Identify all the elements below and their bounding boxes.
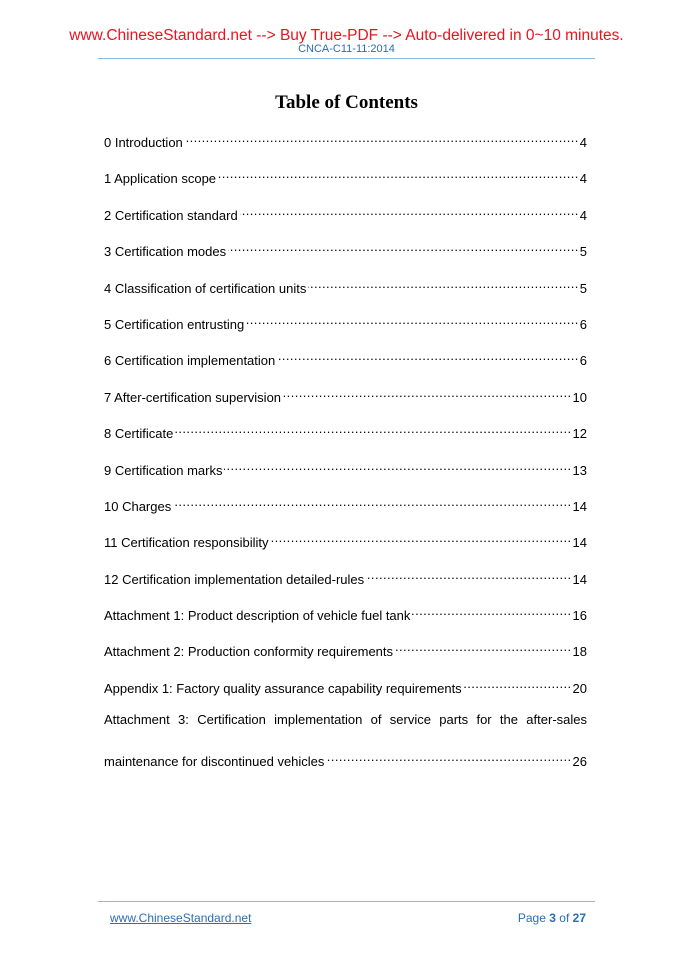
footer-website-link[interactable]: www.ChineseStandard.net: [110, 911, 251, 925]
dot-leader: [228, 238, 579, 256]
dot-leader: [326, 748, 571, 766]
dot-leader: [366, 566, 571, 584]
toc-entry-label: Attachment 2: Production conformity requ…: [104, 643, 395, 661]
dot-leader: [185, 129, 579, 147]
toc-entry-label: maintenance for discontinued vehicles: [104, 753, 326, 771]
toc-title: Table of Contents: [0, 92, 693, 114]
toc-entry[interactable]: Appendix 1: Factory quality assurance ca…: [104, 675, 587, 711]
current-page: 3: [549, 911, 556, 925]
toc-entry-label: 8 Certificate: [104, 425, 175, 443]
toc-entry-page: 16: [572, 607, 587, 625]
toc-entry-page: 20: [572, 680, 587, 698]
toc-entry[interactable]: Attachment 1: Product description of veh…: [104, 602, 587, 638]
toc-entry-page: 13: [572, 462, 587, 480]
dot-leader: [246, 311, 579, 329]
table-of-contents: 0 Introduction4 1 Application scope4 2 C…: [104, 129, 587, 784]
toc-entry-label: 6 Certification implementation: [104, 352, 277, 370]
toc-entry[interactable]: 7 After-certification supervision10: [104, 384, 587, 420]
toc-entry[interactable]: 9 Certification marks13: [104, 457, 587, 493]
footer-divider: [98, 901, 595, 902]
dot-leader: [464, 675, 572, 693]
toc-entry-label: 2 Certification standard: [104, 207, 240, 225]
toc-entry-page: 5: [579, 243, 587, 261]
toc-entry-label: 0 Introduction: [104, 134, 185, 152]
toc-entry[interactable]: 8 Certificate12: [104, 420, 587, 456]
toc-entry-page: 12: [572, 425, 587, 443]
toc-entry[interactable]: 5 Certification entrusting6: [104, 311, 587, 347]
toc-entry-label: 10 Charges: [104, 498, 173, 516]
toc-entry[interactable]: 4 Classification of certification units5: [104, 275, 587, 311]
toc-entry-page: 14: [572, 571, 587, 589]
toc-entry-label: 7 After-certification supervision: [104, 389, 283, 407]
dot-leader: [271, 529, 572, 547]
dot-leader: [240, 202, 579, 220]
toc-entry[interactable]: 12 Certification implementation detailed…: [104, 566, 587, 602]
dot-leader: [277, 347, 579, 365]
toc-entry-attachment-3-line-2[interactable]: maintenance for discontinued vehicles26: [104, 748, 587, 784]
toc-entry-page: 4: [579, 170, 587, 188]
toc-entry[interactable]: 10 Charges14: [104, 493, 587, 529]
toc-entry-label: 11 Certification responsibility: [104, 534, 271, 552]
toc-entry[interactable]: 11 Certification responsibility14: [104, 529, 587, 565]
toc-entry-label: Appendix 1: Factory quality assurance ca…: [104, 680, 464, 698]
toc-entry-label: 1 Application scope: [104, 170, 218, 188]
toc-entry-label: 12 Certification implementation detailed…: [104, 571, 366, 589]
dot-leader: [173, 493, 571, 511]
toc-entry-label: 3 Certification modes: [104, 243, 228, 261]
toc-entry-page: 10: [572, 389, 587, 407]
toc-entry[interactable]: 2 Certification standard4: [104, 202, 587, 238]
document-id: CNCA-C11-11:2014: [0, 43, 693, 56]
page-indicator: Page 3 of 27: [518, 911, 586, 925]
dot-leader: [218, 165, 579, 183]
toc-entry-label: 5 Certification entrusting: [104, 316, 246, 334]
dot-leader: [224, 457, 571, 475]
header-divider: [98, 58, 595, 59]
toc-entry-label: 9 Certification marks: [104, 462, 224, 480]
toc-entry-page: 6: [579, 352, 587, 370]
dot-leader: [308, 275, 578, 293]
toc-entry[interactable]: 3 Certification modes5: [104, 238, 587, 274]
toc-entry-attachment-3-line-1[interactable]: Attachment 3: Certification implementati…: [104, 711, 587, 747]
toc-entry-page: 5: [579, 280, 587, 298]
dot-leader: [395, 638, 572, 656]
toc-entry[interactable]: 1 Application scope4: [104, 165, 587, 201]
total-pages: 27: [573, 911, 586, 925]
dot-leader: [175, 420, 571, 438]
toc-entry[interactable]: Attachment 2: Production conformity requ…: [104, 638, 587, 674]
toc-entry[interactable]: 6 Certification implementation6: [104, 347, 587, 383]
toc-entry-page: 14: [572, 534, 587, 552]
dot-leader: [412, 602, 571, 620]
toc-entry-label: 4 Classification of certification units: [104, 280, 308, 298]
dot-leader: [283, 384, 572, 402]
toc-entry-page: 14: [572, 498, 587, 516]
toc-entry-page: 4: [579, 207, 587, 225]
toc-entry-page: 18: [572, 643, 587, 661]
page-of: of: [559, 911, 569, 925]
toc-entry-label: Attachment 1: Product description of veh…: [104, 607, 412, 625]
toc-entry[interactable]: 0 Introduction4: [104, 129, 587, 165]
toc-entry-page: 6: [579, 316, 587, 334]
page-prefix: Page: [518, 911, 546, 925]
toc-entry-page: 4: [579, 134, 587, 152]
toc-entry-page: 26: [572, 753, 587, 771]
